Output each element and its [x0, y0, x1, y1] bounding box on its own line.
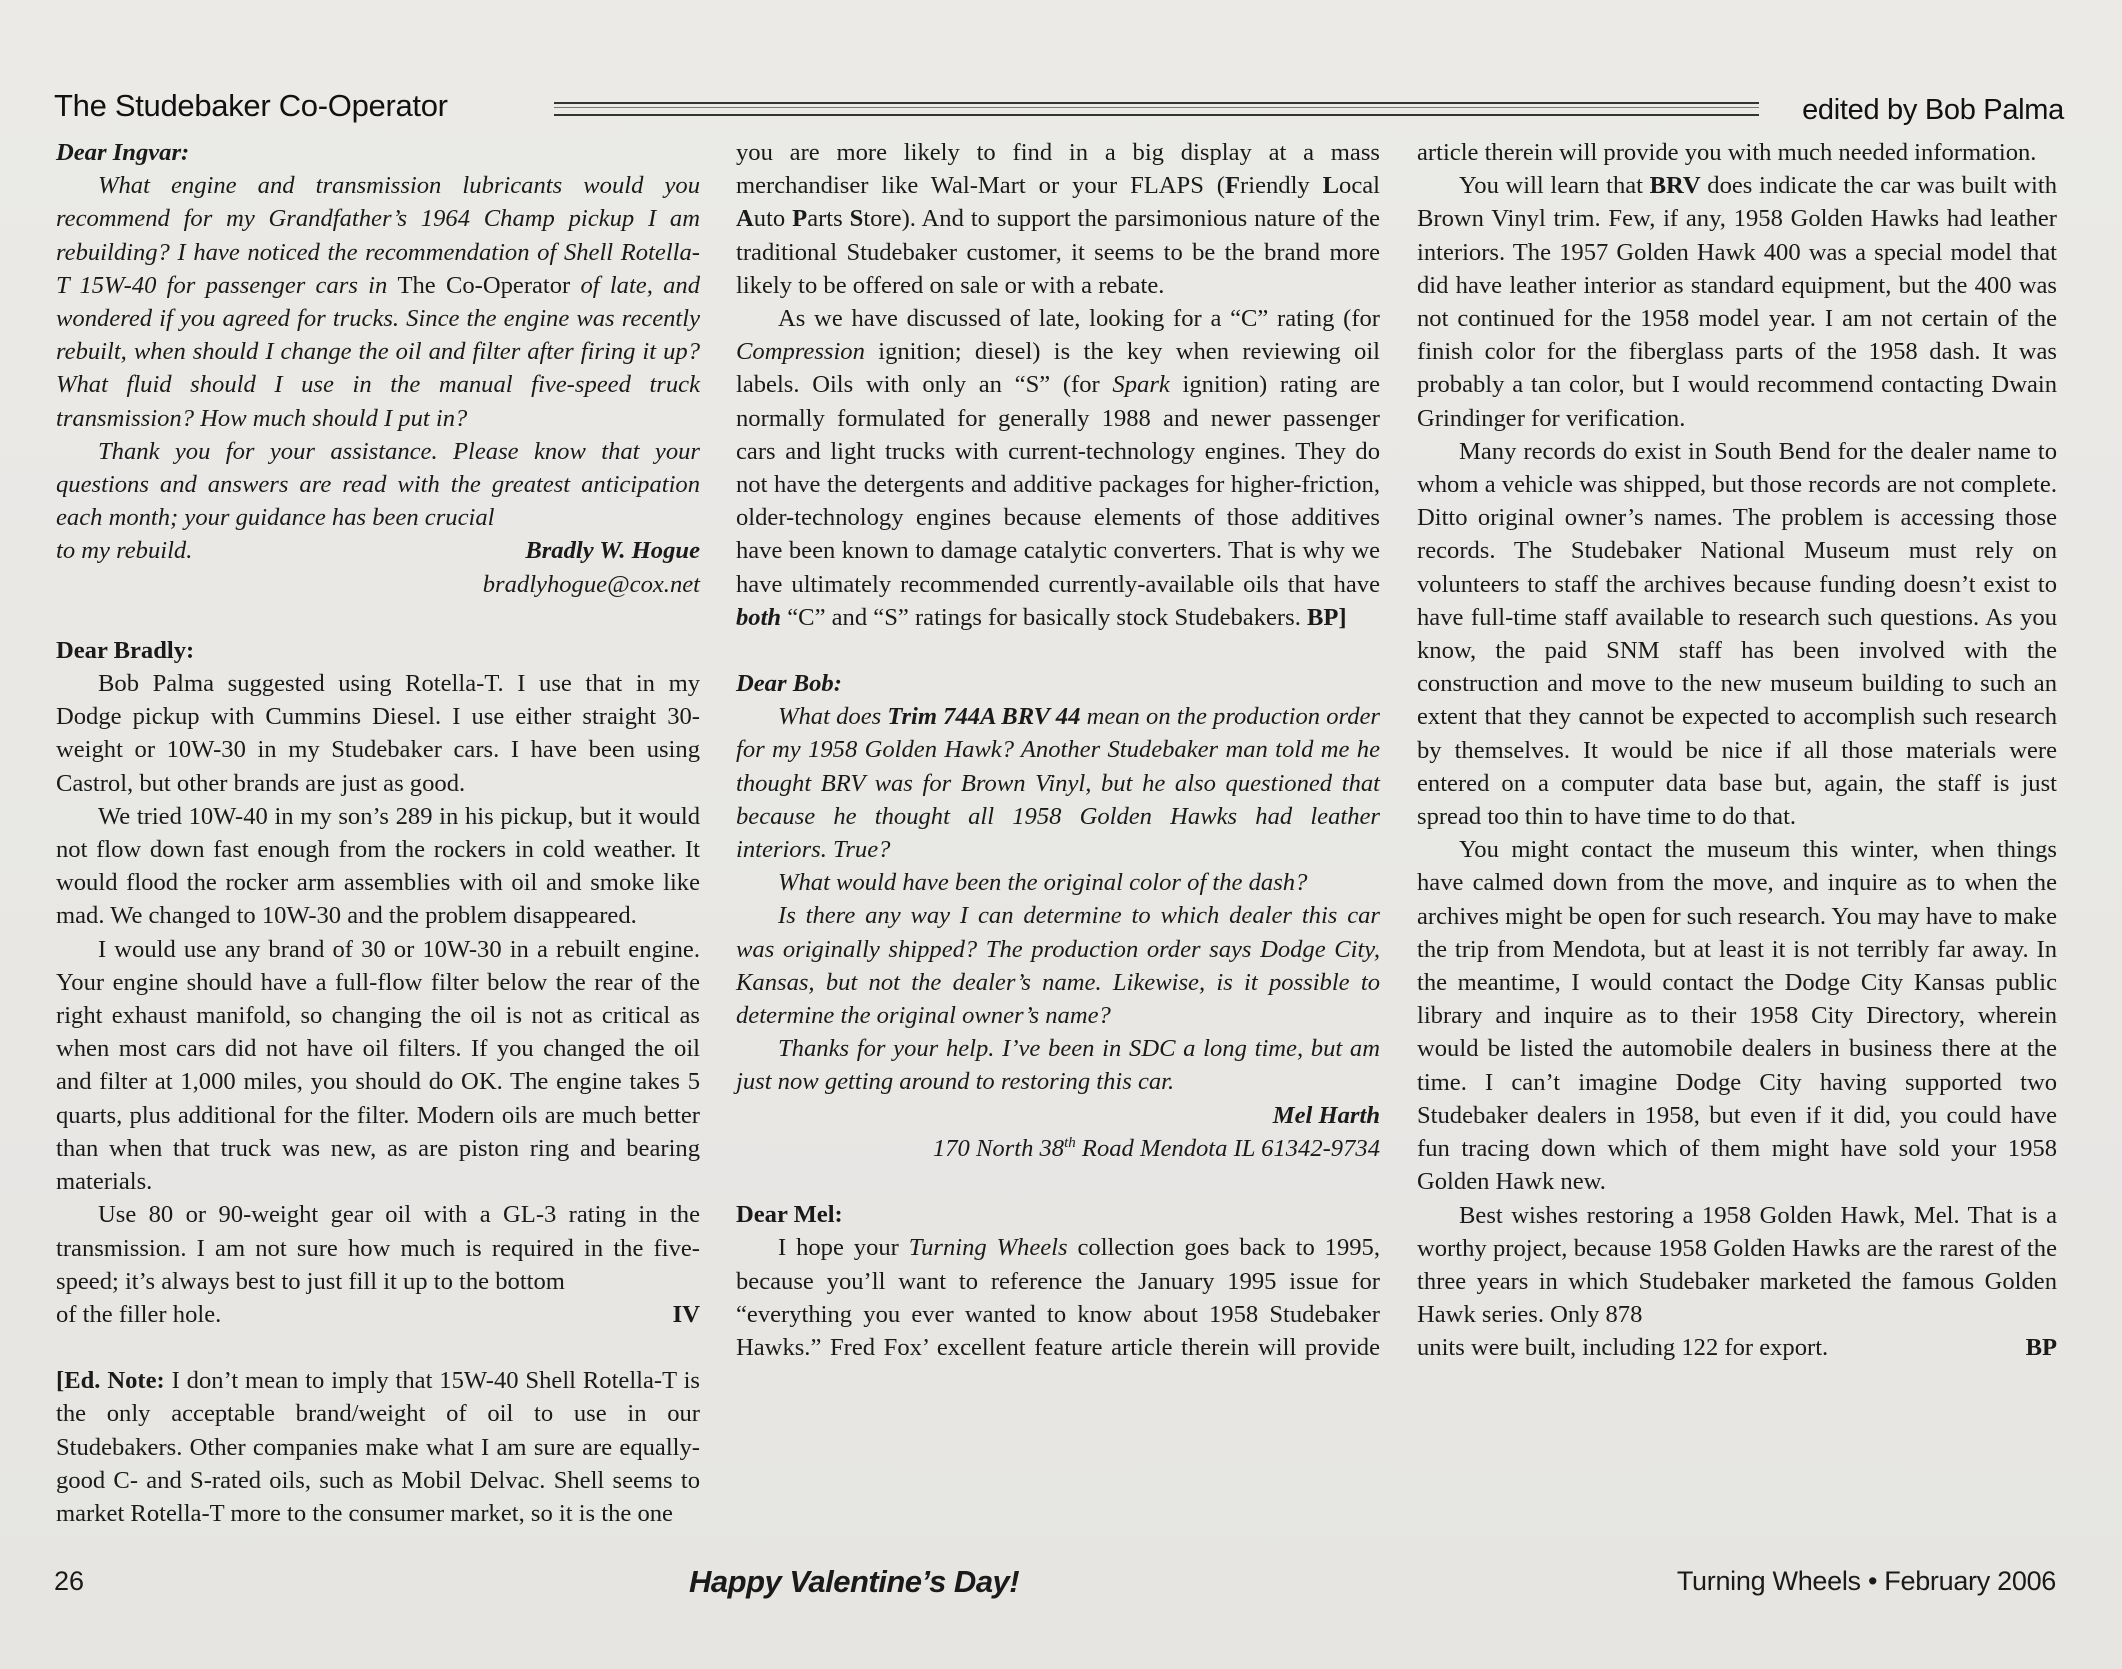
salutation: Dear Ingvar: [56, 136, 700, 169]
salutation: Dear Bradly: [56, 634, 700, 667]
signature-line: to my rebuild.Bradly W. Hogue [56, 534, 700, 567]
signature-line: of the filler hole.IV [56, 1298, 700, 1331]
trim-code: BRV [1650, 172, 1701, 199]
letter-paragraph: What would have been the original color … [736, 866, 1380, 899]
emphasis: both [736, 604, 781, 631]
note-label: [Ed. Note: [56, 1367, 165, 1394]
mailing-address: 170 North 38th Road Mendota IL 61342-973… [736, 1132, 1380, 1165]
text-column-2-content: you are more likely to find in a big dis… [736, 136, 1380, 1363]
header-double-rule [554, 102, 1759, 116]
reply-bradly: Dear Bradly: Bob Palma suggested using R… [56, 634, 700, 1331]
editors-note: [Ed. Note: I don’t mean to imply that 15… [56, 1364, 700, 1530]
reply-paragraph: You might contact the museum this winter… [1417, 833, 2057, 1198]
reply-paragraph: Bob Palma suggested using Rotella-T. I u… [56, 667, 700, 800]
email-address: bradlyhogue@cox.net [56, 568, 700, 601]
magazine-page: The Studebaker Co-Operator edited by Bob… [0, 0, 2122, 1669]
publication-name: The Co-Operator [397, 272, 570, 299]
initials: BP] [1307, 604, 1347, 631]
salutation: Dear Mel: [736, 1198, 1380, 1231]
reply-paragraph: We tried 10W-40 in my son’s 289 in his p… [56, 800, 700, 933]
footer-tagline: Happy Valentine’s Day! [689, 1564, 1019, 1600]
reply-paragraph: You will learn that BRV does indicate th… [1417, 169, 2057, 435]
signature: Bradly W. Hogue [525, 534, 700, 567]
initials: BP [2026, 1331, 2057, 1364]
letter-paragraph: What engine and transmission lubricants … [56, 169, 700, 435]
text-column-1: Dear Ingvar: What engine and transmissio… [56, 136, 700, 1530]
reply-paragraph: I hope your Turning Wheels collection go… [736, 1231, 1380, 1363]
publication-name: Turning Wheels [909, 1234, 1068, 1261]
reply-paragraph: I would use any brand of 30 or 10W-30 in… [56, 933, 700, 1199]
letter-paragraph: What does Trim 744A BRV 44 mean on the p… [736, 700, 1380, 866]
note-continuation: you are more likely to find in a big dis… [736, 136, 1380, 302]
letter-paragraph: Is there any way I can determine to whic… [736, 899, 1380, 1032]
letter-ingvar: Dear Ingvar: What engine and transmissio… [56, 136, 700, 601]
reply-paragraph: Many records do exist in South Bend for … [1417, 435, 2057, 833]
note-paragraph: As we have discussed of late, looking fo… [736, 302, 1380, 634]
reply-continuation: article therein will provide you with mu… [1417, 136, 2057, 169]
signature-line: units were built, including 122 for expo… [1417, 1331, 2057, 1364]
letter-paragraph: Thank you for your assistance. Please kn… [56, 435, 700, 535]
trim-code: Trim 744A BRV 44 [887, 703, 1080, 730]
column-editor: edited by Bob Palma [1802, 94, 2064, 127]
page-number: 26 [54, 1566, 84, 1597]
publication-issue: Turning Wheels • February 2006 [1677, 1566, 2056, 1597]
note-paragraph: [Ed. Note: I don’t mean to imply that 15… [56, 1364, 700, 1530]
column-title: The Studebaker Co-Operator [54, 88, 448, 124]
letter-paragraph: Thanks for your help. I’ve been in SDC a… [736, 1032, 1380, 1098]
page-footer: 26 Happy Valentine’s Day! Turning Wheels… [54, 1566, 2056, 1606]
letter-bob: Dear Bob: What does Trim 744A BRV 44 mea… [736, 667, 1380, 1165]
text-column-3: article therein will provide you with mu… [1417, 136, 2057, 1365]
page-header: The Studebaker Co-Operator edited by Bob… [54, 88, 2064, 132]
salutation: Dear Bob: [736, 667, 1380, 700]
reply-mel: Dear Mel: I hope your Turning Wheels col… [736, 1198, 1380, 1363]
reply-paragraph: Best wishes restoring a 1958 Golden Hawk… [1417, 1199, 2057, 1332]
editors-note-part2: As we have discussed of late, looking fo… [736, 302, 1380, 634]
reply-paragraph: Use 80 or 90-weight gear oil with a GL-3… [56, 1198, 700, 1298]
signature: Mel Harth [736, 1099, 1380, 1132]
initials: IV [673, 1298, 700, 1331]
